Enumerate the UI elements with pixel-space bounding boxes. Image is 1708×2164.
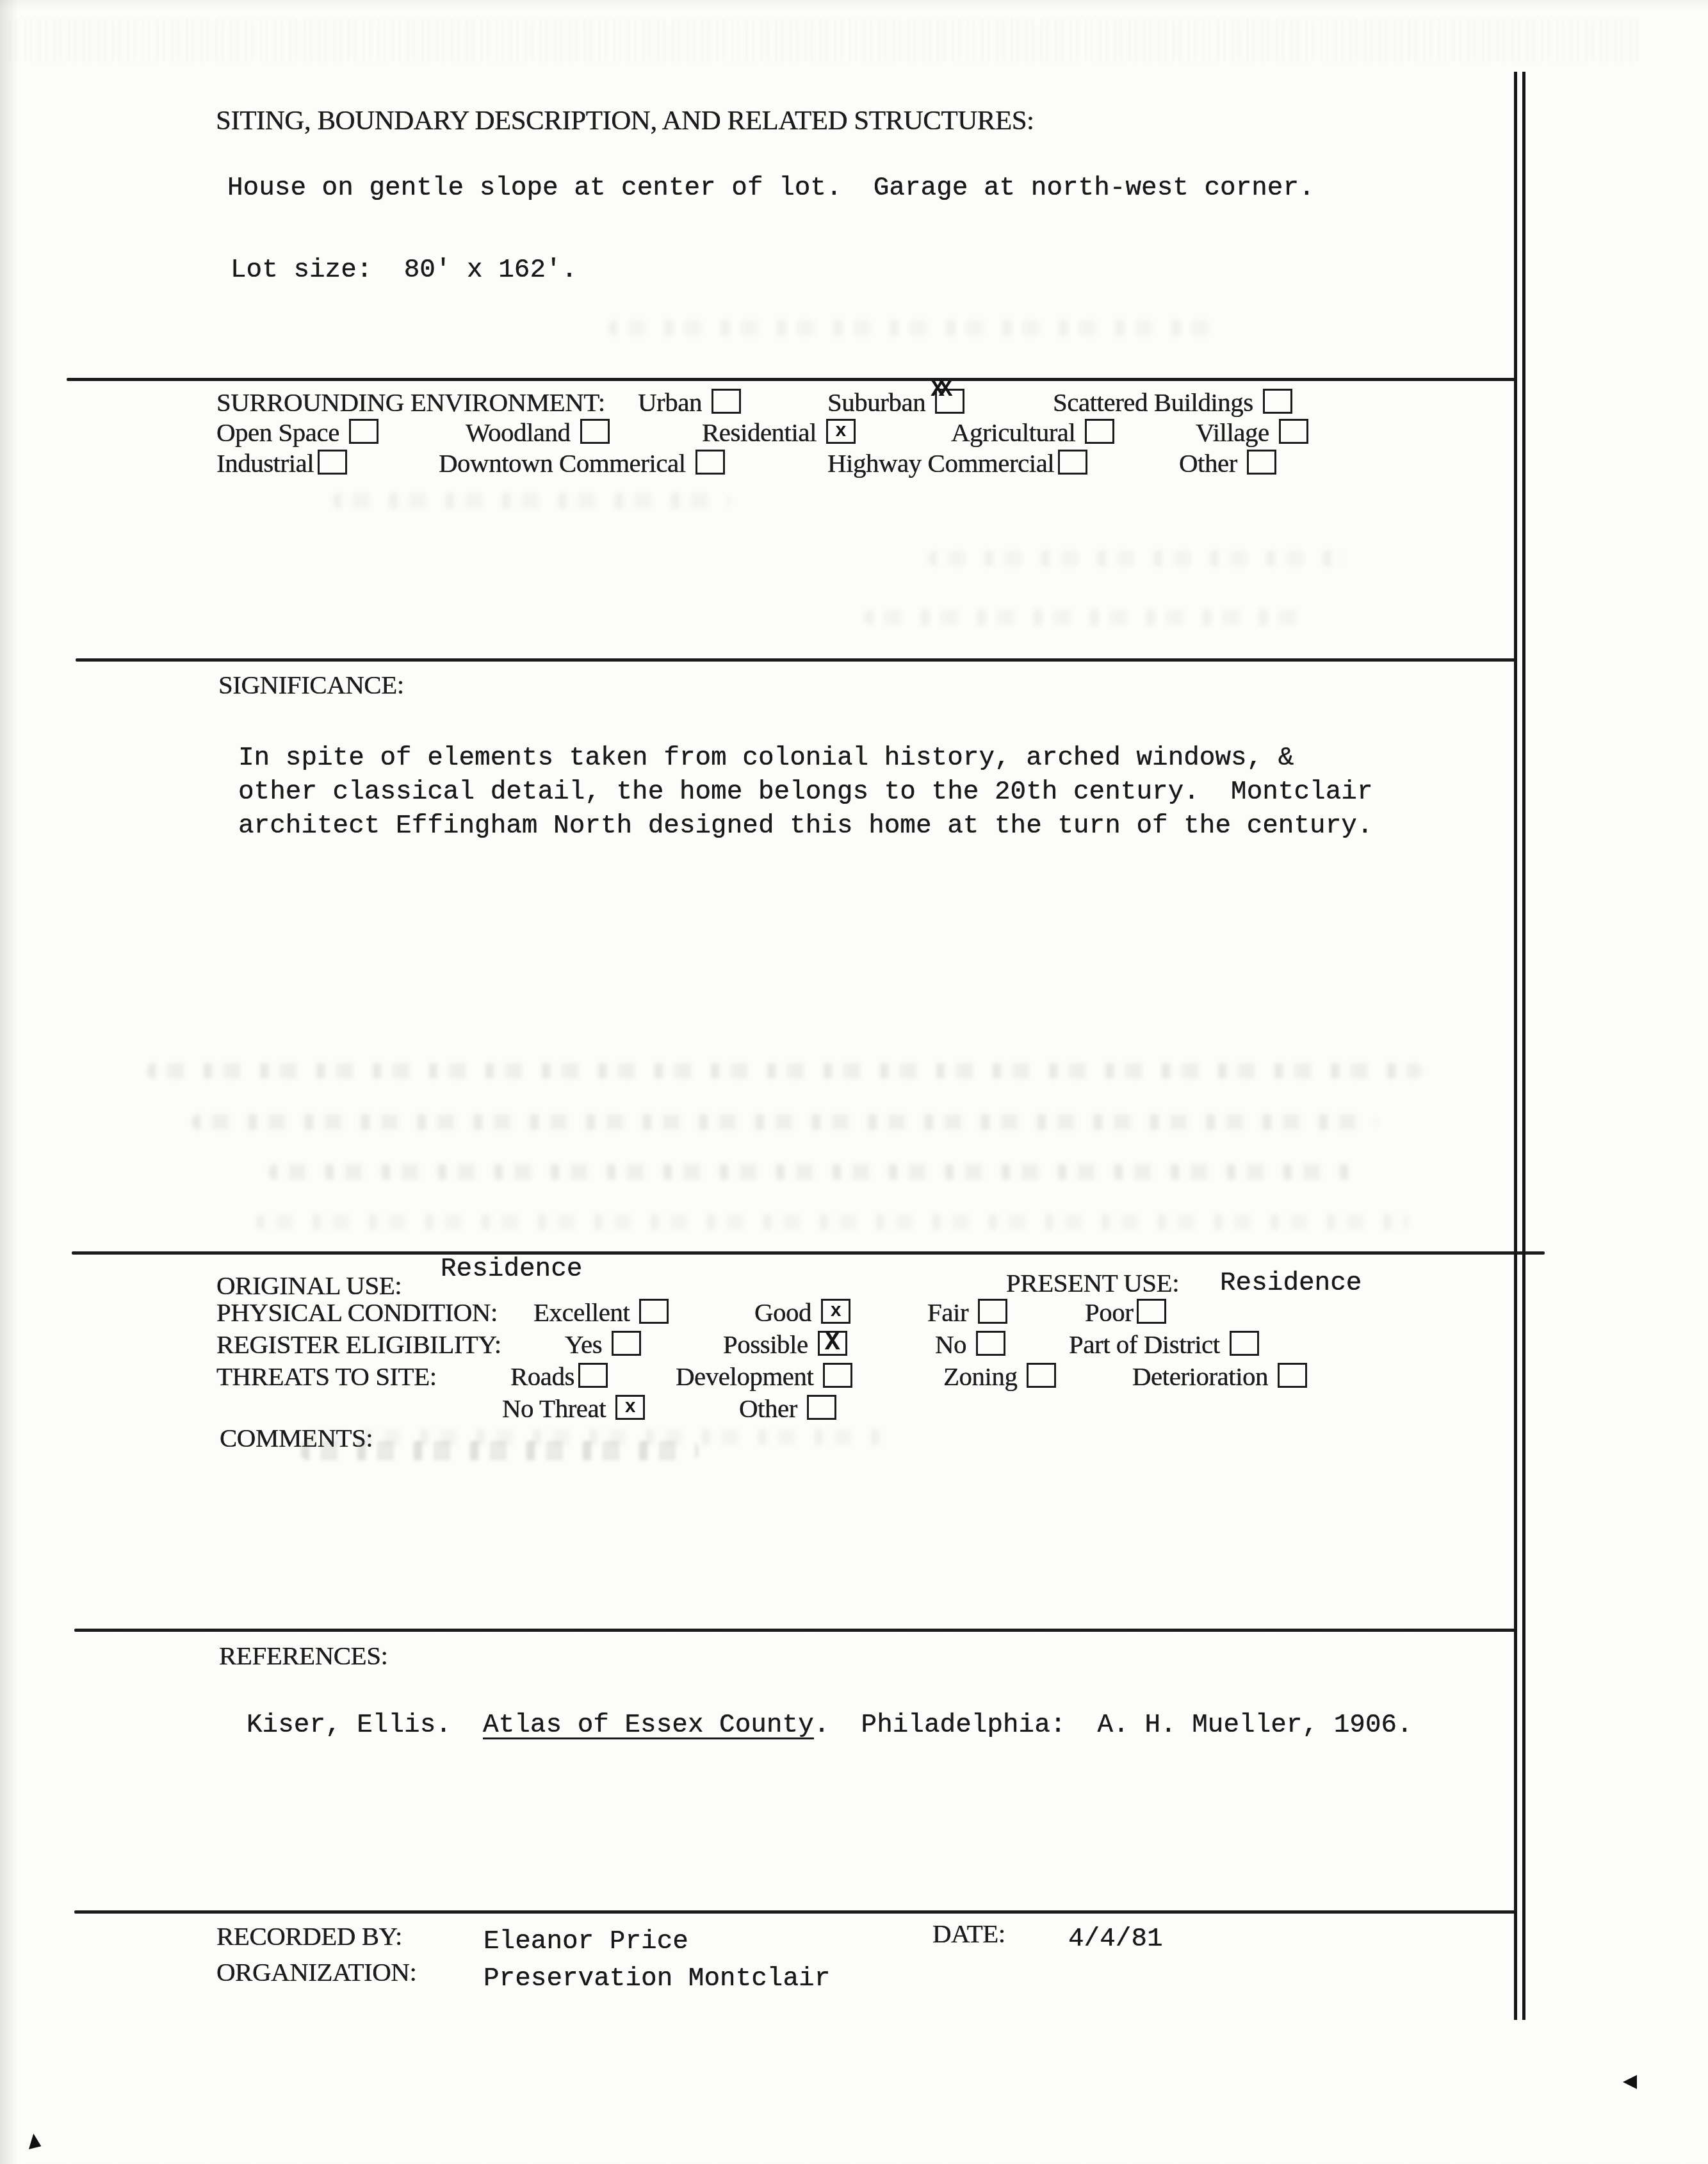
checkbox-scattered-buildings[interactable] (1263, 389, 1292, 414)
checkbox-part-of-district[interactable] (1230, 1331, 1259, 1356)
scan-artifact (865, 610, 1313, 625)
checkbox-mark (1029, 1365, 1054, 1386)
checkbox-mark: x (823, 1301, 849, 1322)
env-option-urban: Urban (638, 387, 741, 417)
scan-artifact (256, 1214, 1409, 1230)
checkbox-mark (1232, 1333, 1257, 1354)
option-label: Deterioration (1132, 1362, 1268, 1391)
scan-artifact (307, 1429, 884, 1445)
option-label: Residential (702, 418, 817, 447)
option-label: Other (739, 1394, 797, 1423)
references-label: REFERENCES: (219, 1641, 387, 1670)
checkbox-no-threat[interactable]: x (615, 1395, 645, 1420)
section-divider (74, 1910, 1515, 1914)
citation-title: Atlas of Essex County (483, 1711, 814, 1740)
threat-option-other: Other (739, 1394, 836, 1423)
date-label: DATE: (932, 1919, 1005, 1948)
condition-option-poor: Poor (1085, 1298, 1166, 1327)
checkbox-mark (582, 421, 608, 442)
condition-option-fair: Fair (927, 1298, 1007, 1327)
present-use-value: Residence (1220, 1267, 1362, 1301)
checkbox-village[interactable] (1279, 419, 1308, 444)
surrounding-environment-row-2: Open Space Woodland Residentialx Agricul… (0, 418, 1708, 451)
checkbox-mark: X (820, 1333, 845, 1354)
option-label: Fair (927, 1298, 968, 1327)
checkbox-mark (320, 452, 345, 473)
checkbox-mark (1281, 421, 1306, 442)
option-label: No Threat (502, 1394, 606, 1423)
reference-citation: Kiser, Ellis. Atlas of Essex County. Phi… (247, 1709, 1413, 1743)
threat-option-development: Development (676, 1362, 852, 1391)
checkbox-mark (614, 1333, 639, 1354)
surrounding-environment-label: SURROUNDING ENVIRONMENT: (216, 387, 605, 417)
checkbox-no[interactable] (976, 1331, 1005, 1356)
env-option-scattered-buildings: Scattered Buildings (1053, 387, 1292, 417)
checkbox-fair[interactable] (978, 1299, 1007, 1324)
scan-artifact (608, 320, 1217, 336)
option-label: Good (754, 1298, 811, 1327)
scan-edge-shadow (0, 0, 18, 2164)
checkbox-woodland[interactable] (580, 419, 610, 444)
section-divider (74, 1629, 1515, 1632)
checkbox-mark (809, 1397, 834, 1418)
option-label: Agricultural (951, 418, 1075, 447)
checkbox-industrial[interactable] (318, 450, 347, 475)
option-label: Part of District (1069, 1330, 1220, 1359)
scan-artifact (333, 493, 730, 508)
checkbox-agricultural[interactable] (1085, 419, 1114, 444)
option-label: Poor (1085, 1298, 1133, 1327)
eligibility-option-possible: PossibleX (723, 1330, 847, 1359)
checkbox-mark (1249, 452, 1274, 473)
option-label: Possible (723, 1330, 808, 1359)
env-option-other-environment: Other (1179, 448, 1276, 478)
scan-artifact (929, 551, 1345, 566)
env-option-suburban: SuburbanXX (827, 387, 964, 417)
survey-form-page: SITING, BOUNDARY DESCRIPTION, AND RELATE… (0, 0, 1708, 2164)
scan-mark (1623, 2075, 1637, 2089)
original-use-value: Residence (441, 1253, 582, 1287)
option-label: Downtown Commerical (439, 448, 686, 478)
checkbox-mark (697, 452, 723, 473)
checkbox-mark (1087, 421, 1112, 442)
checkbox-excellent[interactable] (639, 1299, 669, 1324)
section-divider (72, 1251, 1545, 1255)
option-label: Scattered Buildings (1053, 387, 1253, 417)
threat-option-no-threat: No Threatx (502, 1394, 645, 1423)
siting-section-heading: SITING, BOUNDARY DESCRIPTION, AND RELATE… (216, 106, 1034, 136)
checkbox-residential[interactable]: x (826, 419, 856, 444)
lot-size-text: Lot size: 80' x 162'. (231, 254, 577, 288)
checkbox-downtown-commerical[interactable] (695, 450, 725, 475)
option-label: Yes (565, 1330, 602, 1359)
option-label: Excellent (533, 1298, 630, 1327)
checkbox-mark (1139, 1301, 1164, 1322)
date-value: 4/4/81 (1068, 1923, 1163, 1957)
page-margin-rule (1514, 72, 1525, 2020)
organization-label: ORGANIZATION: (216, 1957, 416, 1987)
section-divider (76, 658, 1515, 662)
env-option-downtown-commerical: Downtown Commerical (439, 448, 725, 478)
option-label: Woodland (466, 418, 571, 447)
env-option-residential: Residentialx (702, 418, 856, 447)
checkbox-mark (1265, 391, 1290, 412)
checkbox-other-environment[interactable] (1247, 450, 1276, 475)
option-label: Urban (638, 387, 702, 417)
scan-artifact (269, 1164, 1358, 1180)
register-eligibility-label: REGISTER ELIGIBILITY: (216, 1330, 501, 1359)
scan-artifact (147, 1063, 1422, 1078)
surrounding-environment-row-3: Industrial Downtown Commerical Highway C… (0, 448, 1708, 482)
checkbox-roads[interactable] (578, 1363, 608, 1388)
organization-value: Preservation Montclair (484, 1962, 830, 1996)
checkbox-mark (825, 1365, 850, 1386)
env-option-village: Village (1196, 418, 1308, 447)
physical-condition-row: PHYSICAL CONDITION: Excellent Goodx Fair… (0, 1298, 1708, 1331)
threat-option-zoning: Zoning (943, 1362, 1056, 1391)
checkbox-suburban[interactable]: XX (935, 389, 964, 414)
checkbox-deterioration[interactable] (1278, 1363, 1307, 1388)
option-label: Suburban (827, 387, 925, 417)
checkbox-possible[interactable]: X (818, 1331, 847, 1356)
significance-label: SIGNIFICANCE: (218, 670, 404, 699)
option-label: Open Space (216, 418, 339, 447)
citation-prefix: Kiser, Ellis. (247, 1711, 483, 1740)
checkbox-other-threat[interactable] (807, 1395, 836, 1420)
env-option-industrial: Industrial (216, 448, 347, 478)
checkbox-mark (980, 1301, 1005, 1322)
checkbox-good[interactable]: x (821, 1299, 850, 1324)
threat-option-roads: Roads (510, 1362, 608, 1391)
eligibility-option-no: No (935, 1330, 1005, 1359)
option-label: Other (1179, 448, 1237, 478)
significance-text: In spite of elements taken from colonial… (238, 742, 1373, 843)
condition-option-good: Goodx (754, 1298, 850, 1327)
threats-label: THREATS TO SITE: (216, 1362, 437, 1391)
section-divider (67, 378, 1515, 381)
checkbox-open-space[interactable] (349, 419, 378, 444)
present-use-label: PRESENT USE: (1006, 1268, 1179, 1298)
checkbox-mark: x (828, 421, 854, 442)
physical-condition-label: PHYSICAL CONDITION: (216, 1298, 498, 1327)
option-label: Zoning (943, 1362, 1017, 1391)
threat-option-deterioration: Deterioration (1132, 1362, 1307, 1391)
scan-artifact (10, 19, 1639, 61)
option-label: Industrial (216, 448, 314, 478)
option-label: Highway Commercial (827, 448, 1054, 478)
register-eligibility-row: REGISTER ELIGIBILITY: Yes PossibleX No P… (0, 1330, 1708, 1363)
recorded-by-value: Eleanor Price (484, 1925, 688, 1959)
checkbox-mark (1280, 1365, 1305, 1386)
checkbox-mark (351, 421, 377, 442)
option-label: Village (1196, 418, 1269, 447)
original-use-label: ORIGINAL USE: (216, 1271, 402, 1300)
siting-description-text: House on gentle slope at center of lot. … (227, 172, 1315, 206)
checkbox-zoning[interactable] (1027, 1363, 1056, 1388)
checkbox-mark (1060, 452, 1086, 473)
checkbox-yes[interactable] (612, 1331, 641, 1356)
env-option-agricultural: Agricultural (951, 418, 1114, 447)
checkbox-mark: x (617, 1397, 643, 1418)
citation-suffix: . Philadelphia: A. H. Mueller, 1906. (814, 1711, 1413, 1740)
checkbox-development[interactable] (823, 1363, 852, 1388)
checkbox-mark: XX (931, 377, 947, 403)
scan-mark (26, 2133, 42, 2149)
scan-edge-shadow-top (0, 0, 1708, 10)
checkbox-poor[interactable] (1137, 1299, 1166, 1324)
env-option-open-space: Open Space (216, 418, 378, 447)
option-label: Roads (510, 1362, 574, 1391)
threats-row-1: THREATS TO SITE: Roads Development Zonin… (0, 1362, 1708, 1395)
condition-option-excellent: Excellent (533, 1298, 669, 1327)
checkbox-mark (580, 1365, 606, 1386)
checkbox-urban[interactable] (712, 389, 741, 414)
checkbox-mark (978, 1333, 1004, 1354)
eligibility-option-yes: Yes (565, 1330, 641, 1359)
checkbox-mark (641, 1301, 667, 1322)
option-label: No (935, 1330, 966, 1359)
threats-row-2: No Threatx Other (0, 1394, 1708, 1427)
checkbox-mark (713, 391, 739, 412)
env-option-highway-commercial: Highway Commercial (827, 448, 1087, 478)
checkbox-highway-commercial[interactable] (1058, 450, 1087, 475)
surrounding-environment-row-1: SURROUNDING ENVIRONMENT: Urban SuburbanX… (0, 387, 1708, 421)
eligibility-option-part-of-district: Part of District (1069, 1330, 1259, 1359)
scan-artifact (192, 1114, 1377, 1130)
recorded-by-label: RECORDED BY: (216, 1921, 402, 1951)
env-option-woodland: Woodland (466, 418, 610, 447)
option-label: Development (676, 1362, 813, 1391)
